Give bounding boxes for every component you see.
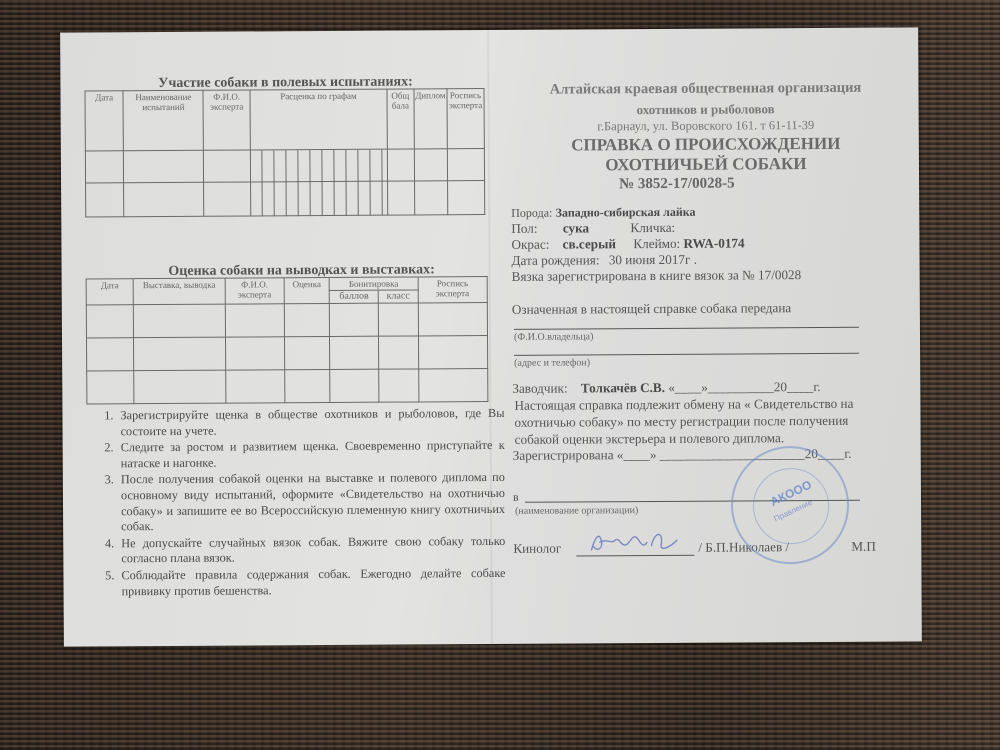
cynologist-label: Кинолог — [513, 541, 561, 557]
address-caption: (адрес и телефон) — [514, 357, 590, 368]
col-signature: Роспись эксперта — [447, 89, 484, 149]
seal-label: М.П — [851, 539, 876, 555]
rule-item: Следите за ростом и развитием щенка. Сво… — [117, 438, 505, 472]
sex-value: сука — [563, 220, 589, 235]
col-class: класс — [379, 290, 418, 303]
col-date: Дата — [86, 279, 133, 305]
table-row — [86, 303, 487, 338]
sex-label: Пол: — [511, 221, 537, 236]
transfer-text: Означенная в настоящей справке собака пе… — [512, 300, 792, 318]
brand-label: Клеймо: — [633, 236, 680, 251]
dob-value: 30 июня 2017г . — [609, 252, 697, 268]
address-line[interactable] — [514, 353, 859, 356]
certificate-title-line1: СПРАВКА О ПРОИСХОЖДЕНИИ — [501, 133, 911, 156]
certificate-number: № 3852-17/0028-5 — [619, 176, 735, 194]
certificate-title-line2: ОХОТНИЧЬЕЙ СОБАКИ — [501, 153, 911, 176]
org-name-line2: охотников и рыболовов — [501, 100, 911, 119]
rule-item: После получения собакой оценки на выстав… — [117, 470, 505, 535]
col-points: баллов — [329, 290, 378, 303]
table-header-row: Дата Выставка, выводка Ф.И.О. эксперта О… — [86, 277, 487, 292]
sex-field: Пол: сука Кличка: — [511, 220, 675, 237]
breeder-date: «____»__________20____г. — [668, 379, 820, 395]
signature-icon — [585, 526, 685, 557]
breed-field: Порода: Западно-сибирская лайка — [511, 204, 695, 221]
col-show: Выставка, выводка — [133, 278, 225, 305]
exchange-text: Настоящая справка подлежит обмену на « С… — [514, 395, 894, 448]
breed-label: Порода: — [511, 206, 552, 220]
shows-table: Дата Выставка, выводка Ф.И.О. эксперта О… — [86, 276, 489, 404]
name-label: Кличка: — [630, 220, 675, 235]
brand-value: RWA-0174 — [683, 235, 744, 250]
color-value: св.серый — [563, 236, 616, 251]
owner-caption: (Ф.И.О.владельца) — [514, 331, 593, 342]
rules-list: Зарегистрируйте щенка в обществе охотник… — [96, 406, 505, 601]
owner-line[interactable] — [514, 327, 859, 330]
dob-field: Дата рождения: 30 июня 2017г . — [511, 252, 697, 269]
table-header-row: Дата Наименование испытаний Ф.И.О. экспе… — [85, 89, 484, 151]
dob-label: Дата рождения: — [511, 252, 599, 268]
scoring-cells — [250, 149, 387, 182]
col-grade: Оценка — [284, 277, 329, 303]
rule-item: Не допускайте случайных вязок собак. Вяж… — [117, 534, 505, 568]
scoring-cells — [251, 181, 388, 216]
rule-item: Соблюдайте правила содержания собак. Еже… — [117, 566, 505, 600]
col-bonitirovka: Бонитировка — [329, 277, 417, 291]
rule-item: Зарегистрируйте щенка в обществе охотник… — [116, 406, 504, 440]
table-row — [85, 149, 484, 183]
org-name-line1: Алтайская краевая общественная организац… — [500, 79, 910, 99]
col-signature: Роспись эксперта — [418, 277, 488, 303]
col-diploma: Диплом — [414, 89, 448, 149]
organization-caption: (наименование организации) — [515, 505, 638, 517]
breed-value: Западно-сибирская лайка — [556, 205, 696, 220]
col-date: Дата — [85, 91, 124, 151]
col-scoring: Расценка по графам — [250, 89, 387, 150]
mating-registration: Вязка зарегистрирована в книге вязок за … — [512, 267, 802, 285]
col-expert: Ф.И.О. эксперта — [225, 278, 284, 304]
field-trials-table: Дата Наименование испытаний Ф.И.О. экспе… — [84, 88, 485, 217]
col-trial-name: Наименование испытаний — [123, 90, 203, 150]
table-row — [87, 369, 488, 404]
seal-stamp: АКООО Правление — [731, 446, 850, 565]
breeder-label: Заводчик: — [512, 381, 567, 396]
document-sheet: Участие собаки в полевых испытаниях: Дат… — [60, 27, 922, 646]
col-expert: Ф.И.О. эксперта — [203, 90, 250, 150]
col-total: Общ бала — [387, 89, 414, 149]
in-label: в — [513, 490, 519, 505]
color-field: Окрас: св.серый Клеймо: RWA-0174 — [511, 235, 744, 252]
org-address: г.Барнаул, ул. Воровского 161. т 61-11-3… — [501, 117, 911, 135]
breeder-value: Толкачёв С.В. — [581, 380, 665, 396]
breeder-field: Заводчик: Толкачёв С.В. «____»__________… — [512, 379, 820, 397]
table-row — [86, 336, 487, 371]
table-row — [86, 181, 485, 217]
color-label: Окрас: — [511, 237, 549, 252]
